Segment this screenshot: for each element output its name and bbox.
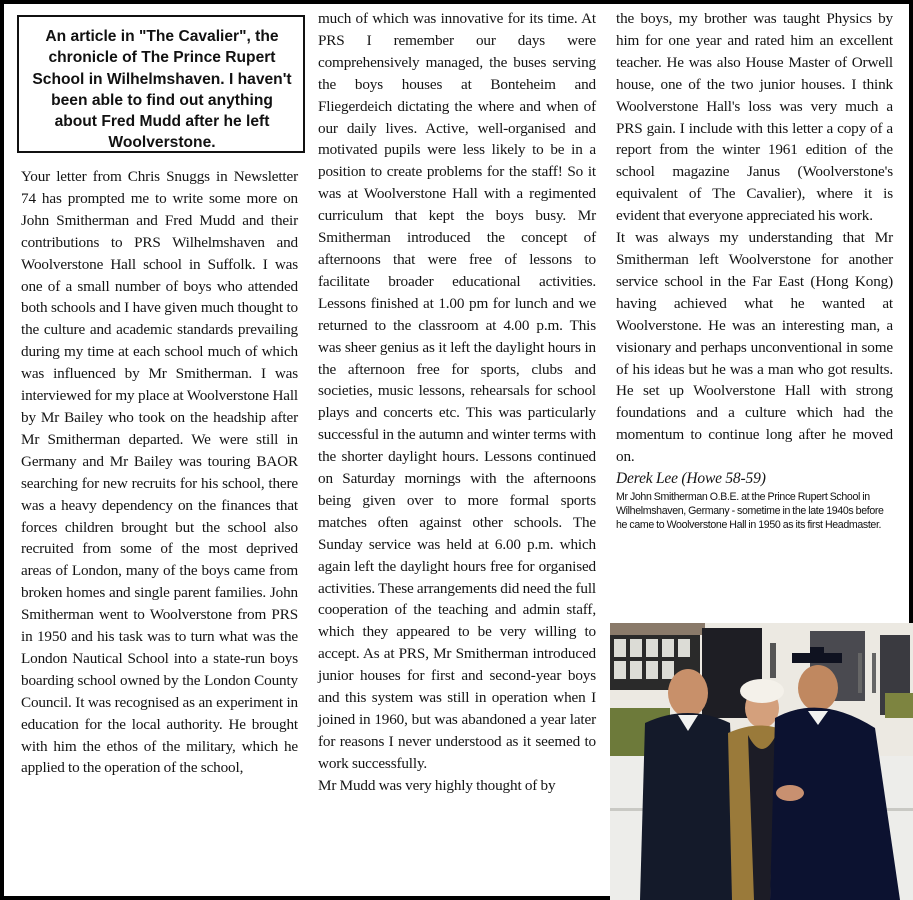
- editor-note-box: An article in "The Cavalier", the chroni…: [17, 15, 305, 153]
- historical-photo: [610, 623, 913, 900]
- article-column-3: the boys, my brother was taught Physics …: [616, 8, 893, 533]
- article-paragraph: It was always my understanding that Mr S…: [616, 227, 893, 468]
- article-paragraph: much of which was innovative for its tim…: [318, 8, 596, 775]
- newsletter-page: An article in "The Cavalier", the chroni…: [0, 0, 913, 900]
- editor-note-text: An article in "The Cavalier", the chroni…: [32, 28, 291, 151]
- article-paragraph: the boys, my brother was taught Physics …: [616, 8, 893, 227]
- photo-illustration-icon: [610, 623, 913, 900]
- article-paragraph: Your letter from Chris Snuggs in Newslet…: [21, 166, 298, 779]
- article-column-2: much of which was innovative for its tim…: [318, 8, 596, 797]
- article-column-1: Your letter from Chris Snuggs in Newslet…: [21, 166, 298, 779]
- author-signature: Derek Lee (Howe 58-59): [616, 468, 893, 490]
- article-paragraph: Mr Mudd was very highly thought of by: [318, 775, 596, 797]
- photo-caption: Mr John Smitherman O.B.E. at the Prince …: [616, 490, 893, 533]
